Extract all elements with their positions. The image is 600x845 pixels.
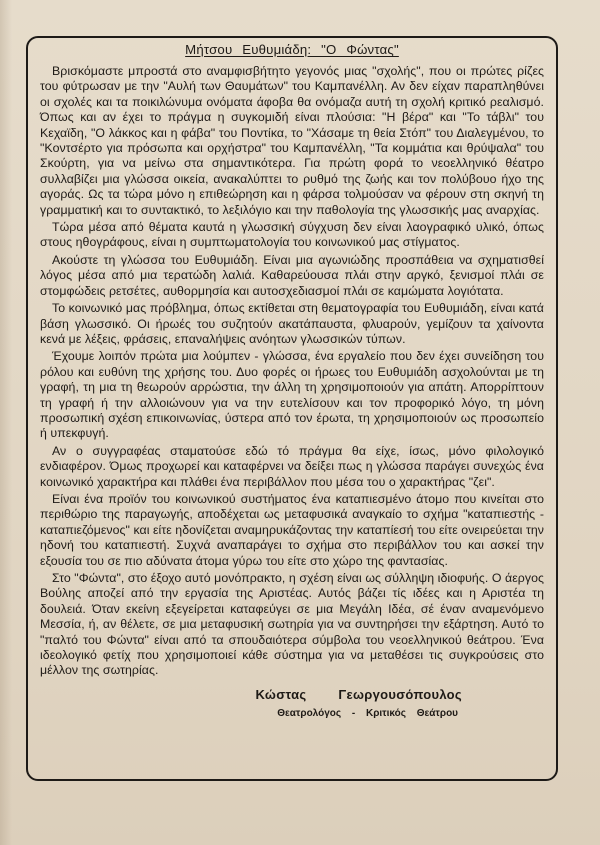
author-signature: Κώστας Γεωργουσόπουλος Θεατρολόγος - Κρι… — [40, 686, 544, 722]
paragraph-7: Είναι ένα προϊόν του κοινωνικού συστήματ… — [40, 492, 544, 569]
author-role: Θεατρολόγος - Κριτικός Θεάτρου — [40, 706, 462, 722]
paragraph-2: Τώρα μέσα από θέματα καυτά η γλωσσική σύ… — [40, 220, 544, 251]
article-frame: Μήτσου Ευθυμιάδη: "Ο Φώντας" Βρισκόμαστε… — [26, 36, 558, 781]
article-title: Μήτσου Ευθυμιάδη: "Ο Φώντας" — [40, 41, 544, 59]
article-title-text: Μήτσου Ευθυμιάδη: "Ο Φώντας" — [185, 42, 399, 57]
paragraph-1: Βρισκόμαστε μπροστά στο αναμφισβήτητο γε… — [40, 64, 544, 218]
paragraph-6: Αν ο συγγραφέας σταματούσε εδώ τό πράγμα… — [40, 444, 544, 490]
paragraph-3: Ακούστε τη γλώσσα του Ευθυμιάδη. Είναι μ… — [40, 253, 544, 299]
article-body: Βρισκόμαστε μπροστά στο αναμφισβήτητο γε… — [40, 64, 544, 679]
author-name: Κώστας Γεωργουσόπουλος — [40, 686, 462, 703]
paragraph-4: Το κοινωνικό μας πρόβλημα, όπως εκτίθετα… — [40, 301, 544, 347]
paragraph-5: Έχουμε λοιπόν πρώτα μια λούμπεν - γλώσσα… — [40, 349, 544, 441]
paragraph-8: Στο "Φώντα", στο έξοχο αυτό μονόπρακτο, … — [40, 571, 544, 679]
page-shadow-edge — [0, 0, 12, 845]
